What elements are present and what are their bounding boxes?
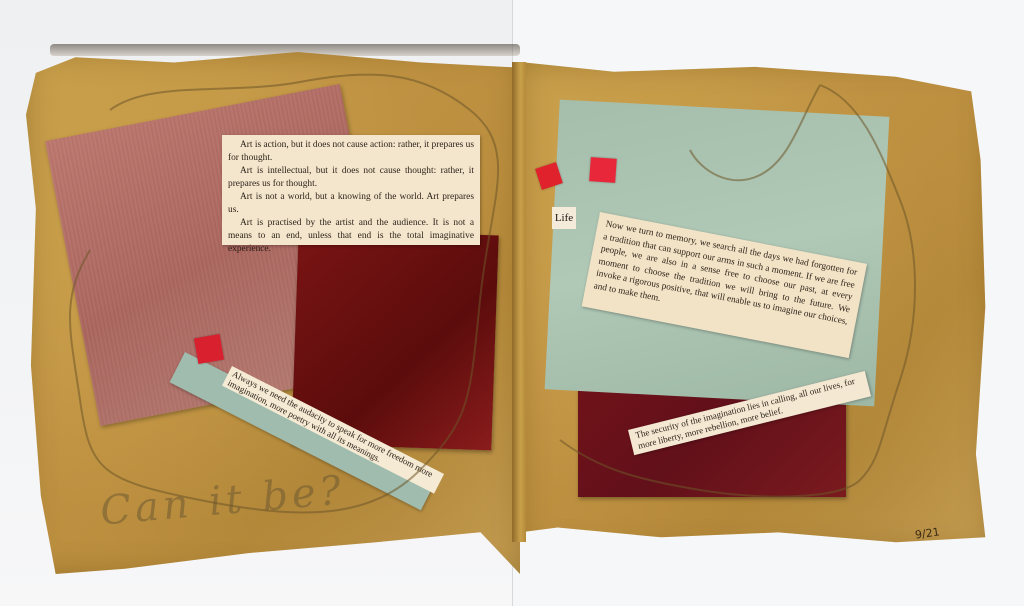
- clipping-paragraph: Art is not a world, but a knowing of the…: [228, 191, 474, 217]
- clipping-paragraph: Art is practised by the artist and the a…: [228, 217, 474, 256]
- clipping-paragraph: Art is intellectual, but it does not cau…: [228, 165, 474, 191]
- clipping-paragraph: Art is action, but it does not cause act…: [228, 139, 474, 165]
- red-square-icon: [194, 334, 224, 364]
- art-quote-clipping: Art is action, but it does not cause act…: [222, 135, 480, 245]
- red-square-icon: [589, 157, 617, 183]
- life-label: Life: [552, 207, 576, 229]
- book-spine: [512, 62, 526, 542]
